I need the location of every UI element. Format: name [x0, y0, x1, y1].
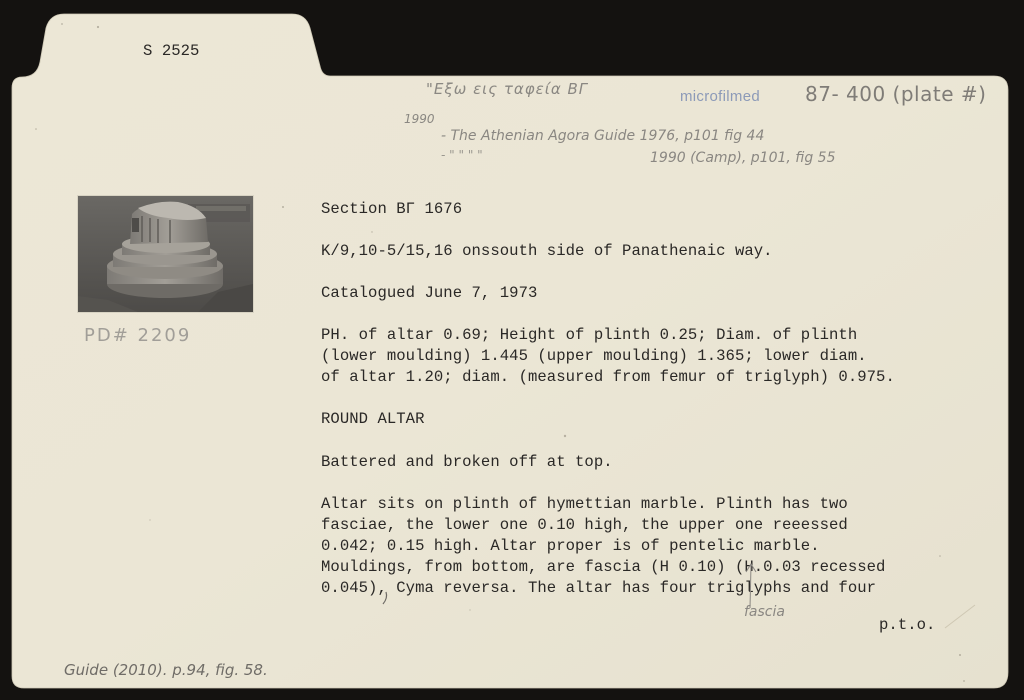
description-line: Mouldings, from bottom, are fascia (H 0.… — [321, 557, 885, 578]
inserted-word-fascia: fascia — [744, 604, 785, 620]
description-line: 0.045), Cyma reversa. The altar has four… — [321, 578, 876, 599]
guide-reference-1976: - The Athenian Agora Guide 1976, p101 fi… — [441, 128, 764, 144]
findspot-location: K/9,10-5/15,16 onssouth side of Panathen… — [321, 241, 773, 262]
insertion-caret-icon — [740, 560, 770, 610]
dimensions-line: PH. of altar 0.69; Height of plinth 0.25… — [321, 325, 857, 346]
object-title: ROUND ALTAR — [321, 409, 425, 430]
dimensions-line: (lower moulding) 1.445 (upper moulding) … — [321, 346, 867, 367]
card-number-tab: S 2525 — [143, 41, 199, 62]
insertion-comma-mark-icon — [380, 590, 392, 606]
description-line: 0.042; 0.15 high. Altar proper is of pen… — [321, 536, 820, 557]
margin-year: 1990 — [404, 112, 435, 126]
condition-note: Battered and broken off at top. — [321, 452, 613, 473]
greek-storage-note: "Εξω εις ταφεία ΒΓ — [426, 80, 588, 98]
ditto-marks: - " " " " — [441, 148, 483, 162]
guide-reference-1990: 1990 (Camp), p101, fig 55 — [650, 150, 836, 166]
plate-number: 87- 400 (plate #) — [805, 82, 986, 106]
photo-number: PD# 2209 — [84, 325, 191, 346]
guide-reference-2010: Guide (2010). p.94, fig. 58. — [64, 661, 268, 679]
please-turn-over: p.t.o. — [879, 615, 935, 636]
description-line: Altar sits on plinth of hymettian marble… — [321, 494, 848, 515]
catalogue-date: Catalogued June 7, 1973 — [321, 283, 537, 304]
section-number: Section ΒΓ 1676 — [321, 199, 462, 220]
round-altar-photo — [78, 196, 253, 312]
dimensions-line: of altar 1.20; diam. (measured from femu… — [321, 367, 895, 388]
description-line: fasciae, the lower one 0.10 high, the up… — [321, 515, 848, 536]
microfilmed-stamp: microfilmed — [680, 88, 760, 105]
